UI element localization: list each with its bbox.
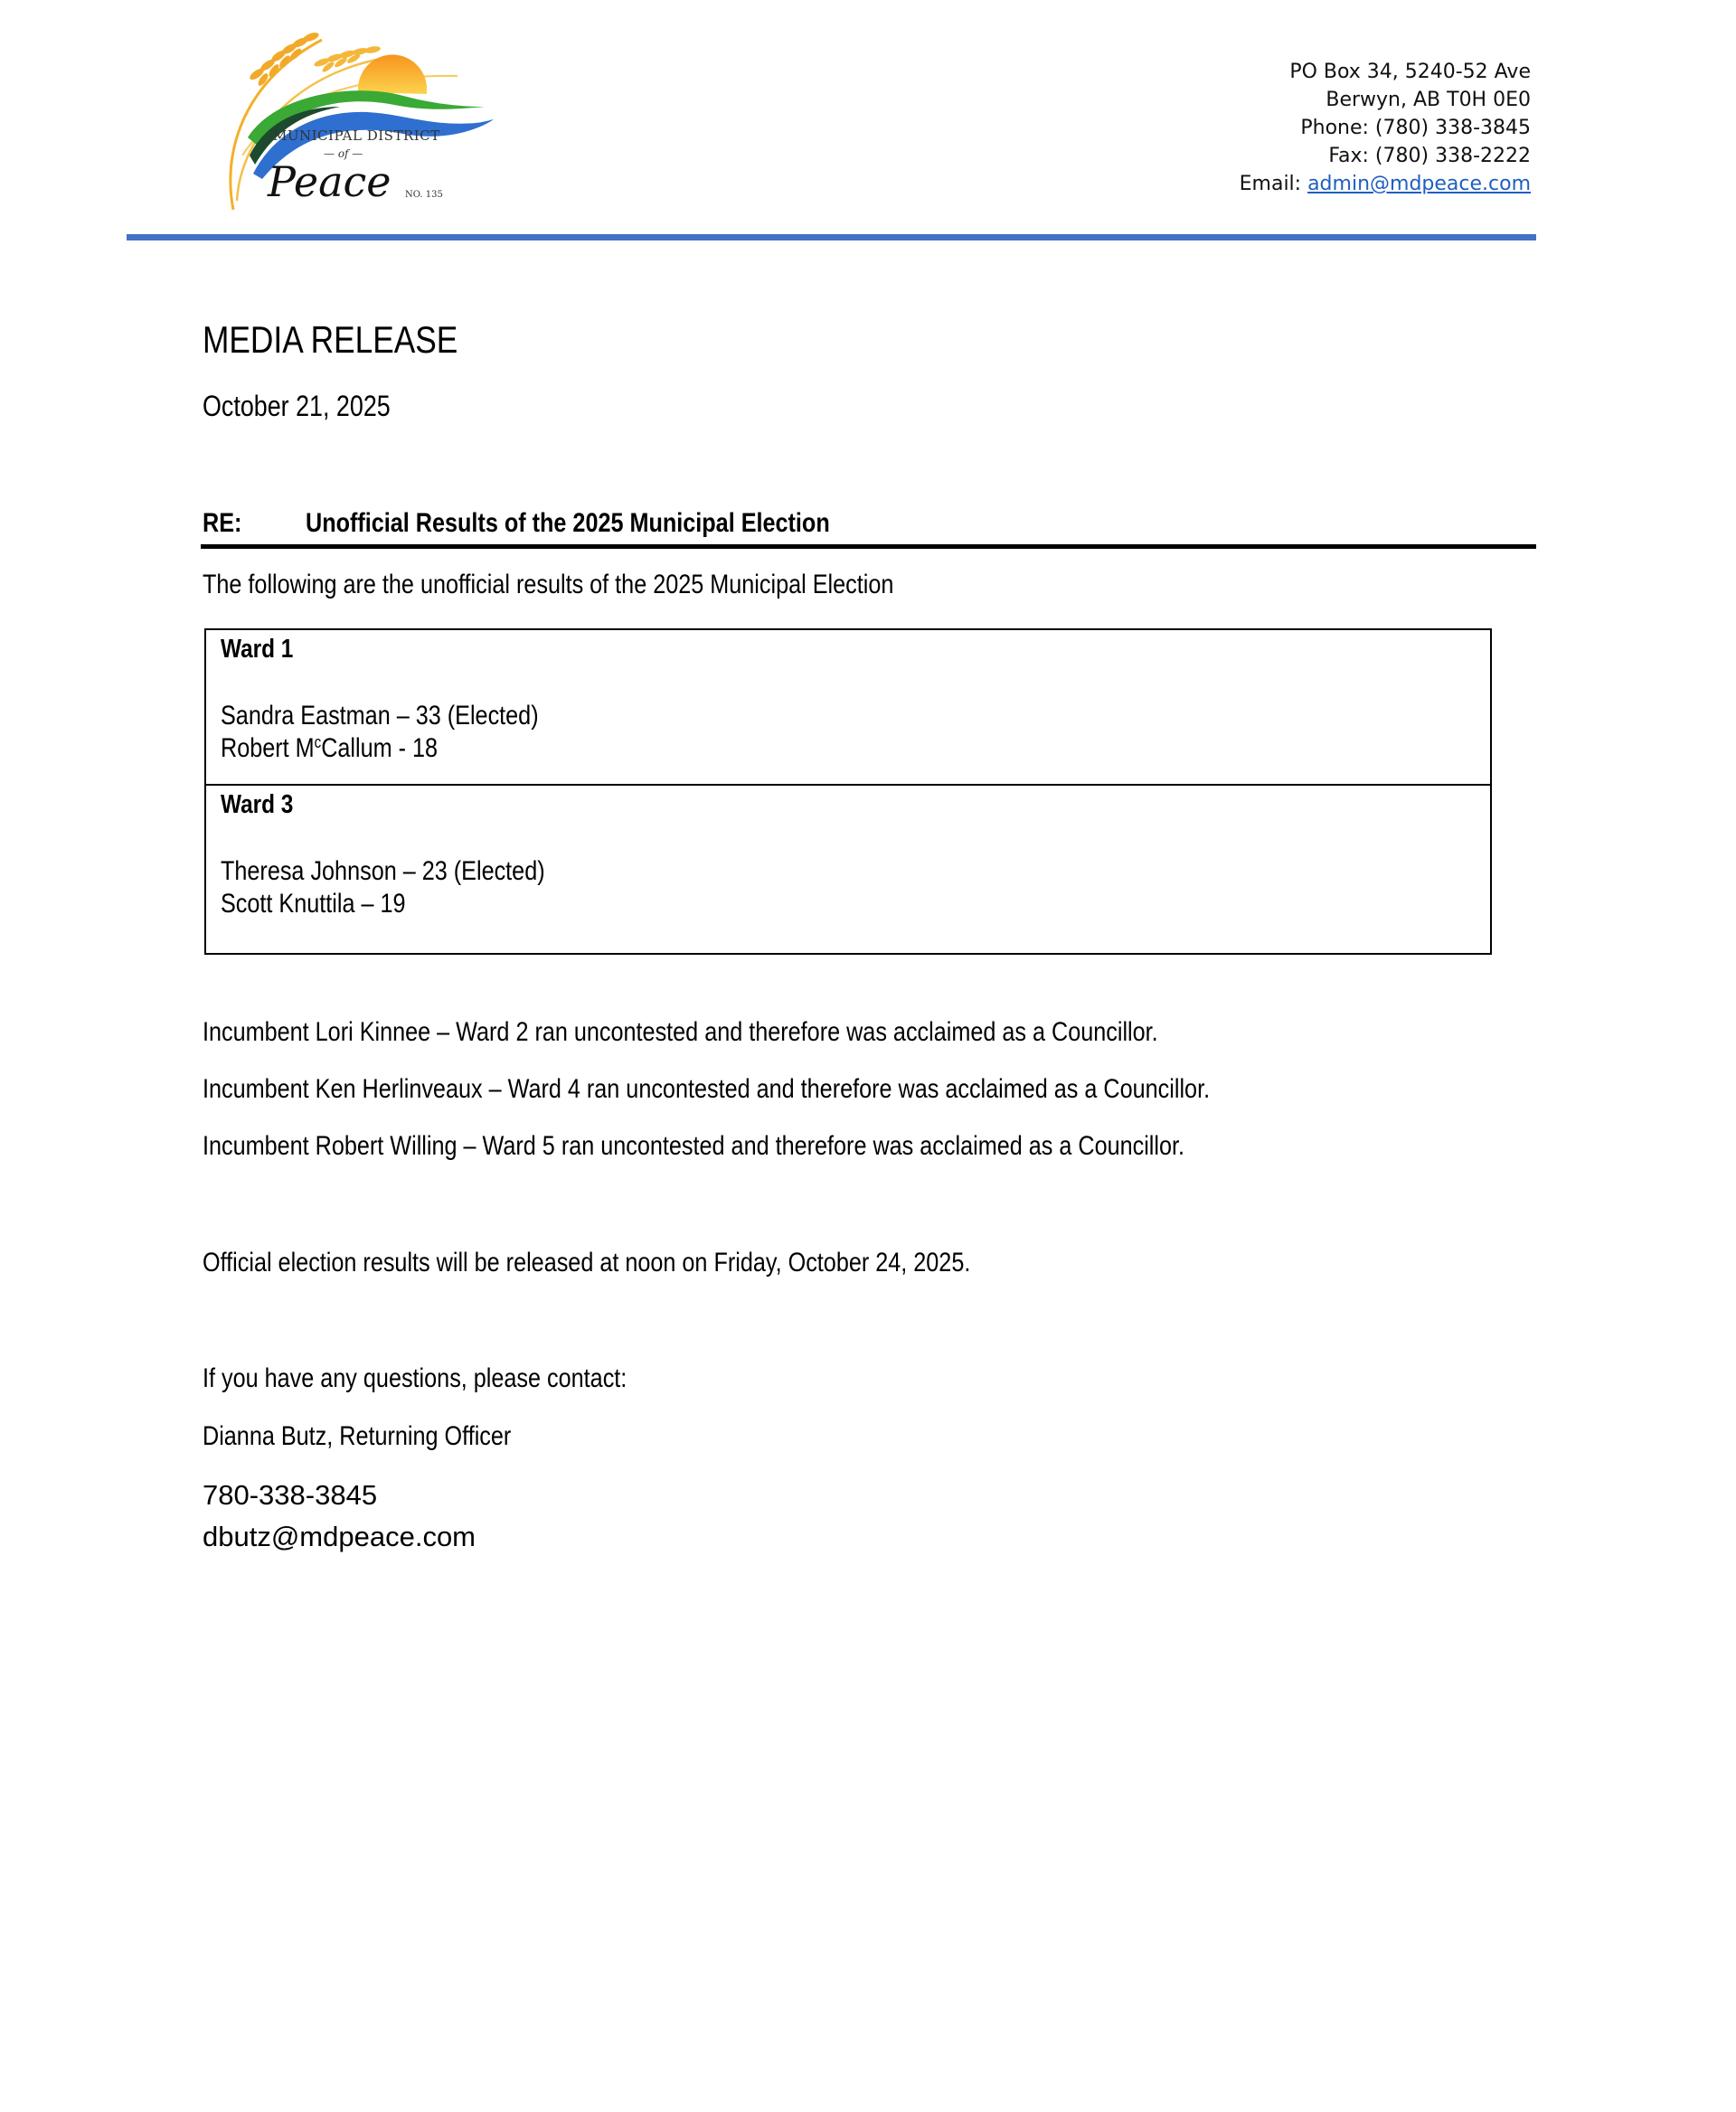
ward-results-cell: Ward 1 Sandra Eastman – 33 (Elected) Rob…	[206, 630, 1490, 786]
office-email-link[interactable]: admin@mdpeace.com	[1307, 173, 1531, 195]
letterhead-divider	[127, 234, 1536, 240]
release-date: October 21, 2025	[203, 389, 391, 423]
candidate-result: Theresa Johnson – 23 (Elected)	[221, 856, 545, 887]
acclamation-line: Incumbent Ken Herlinveaux – Ward 4 ran u…	[203, 1074, 1210, 1105]
candidate-name-part: Callum - 18	[321, 733, 438, 763]
office-fax: Fax: (780) 338-2222	[1240, 142, 1531, 170]
subject-divider	[201, 544, 1536, 549]
address-line-1: PO Box 34, 5240-52 Ave	[1240, 58, 1531, 86]
office-phone: Phone: (780) 338-3845	[1240, 114, 1531, 142]
contact-email[interactable]: dbutz@mdpeace.com	[203, 1521, 476, 1553]
results-table: Ward 1 Sandra Eastman – 33 (Elected) Rob…	[204, 628, 1492, 955]
svg-text:MUNICIPAL DISTRICT: MUNICIPAL DISTRICT	[273, 127, 440, 144]
candidate-result: Scott Knuttila – 19	[221, 889, 406, 919]
document-title: MEDIA RELEASE	[203, 318, 458, 362]
acclamation-line: Incumbent Lori Kinnee – Ward 2 ran uncon…	[203, 1017, 1158, 1048]
candidate-name-part: Robert M	[221, 733, 315, 763]
re-subject: Unofficial Results of the 2025 Municipal…	[306, 508, 830, 539]
acclamation-line: Incumbent Robert Willing – Ward 5 ran un…	[203, 1131, 1184, 1162]
municipal-district-logo: MUNICIPAL DISTRICT — of — Peace NO. 135	[222, 20, 494, 214]
letterhead-contact: PO Box 34, 5240-52 Ave Berwyn, AB T0H 0E…	[1240, 58, 1531, 198]
ward-title: Ward 3	[221, 789, 293, 820]
intro-paragraph: The following are the unofficial results…	[203, 570, 893, 600]
candidate-result: Sandra Eastman – 33 (Elected)	[221, 701, 539, 731]
office-email-row: Email: admin@mdpeace.com	[1240, 170, 1531, 198]
svg-text:NO. 135: NO. 135	[405, 190, 443, 200]
email-label: Email:	[1240, 173, 1307, 195]
ward-title: Ward 1	[221, 634, 293, 665]
ward-results-cell: Ward 3 Theresa Johnson – 23 (Elected) Sc…	[206, 786, 1490, 953]
contact-name: Dianna Butz, Returning Officer	[203, 1421, 511, 1452]
svg-text:Peace: Peace	[267, 157, 392, 206]
address-line-2: Berwyn, AB T0H 0E0	[1240, 86, 1531, 114]
re-label: RE:	[203, 508, 241, 539]
official-results-notice: Official election results will be releas…	[203, 1248, 970, 1278]
contact-intro: If you have any questions, please contac…	[203, 1363, 627, 1394]
wheat-sun-waves-icon: MUNICIPAL DISTRICT — of — Peace NO. 135	[222, 20, 494, 214]
candidate-result: Robert McCallum - 18	[221, 733, 438, 764]
contact-phone: 780-338-3845	[203, 1479, 377, 1512]
